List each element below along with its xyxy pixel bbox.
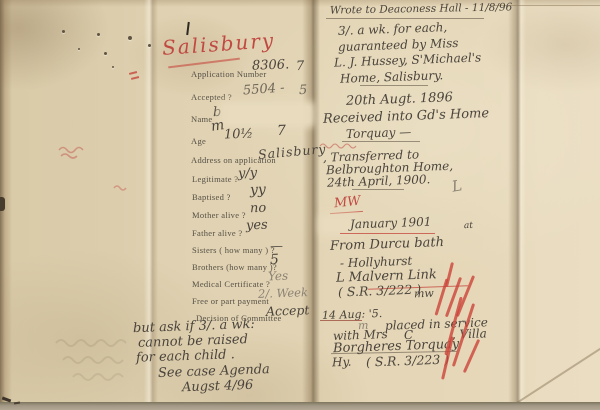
ghost-writing (55, 338, 130, 348)
edge-ink-blot (0, 197, 5, 211)
red-scribble (113, 183, 131, 193)
pinhole (78, 48, 80, 50)
red-initials: MW (333, 195, 361, 211)
field-value2-application-number: 7 (296, 60, 305, 73)
field-value-brothers: 5 (270, 253, 279, 267)
note-sr-223: ( S.R. 3/223 ) (366, 354, 450, 369)
underline-1905 (320, 320, 362, 321)
document-photo: Salisbury Application Number 8306. 7 Acc… (0, 0, 600, 410)
pinhole (112, 66, 114, 68)
underline-salisbury (360, 85, 428, 86)
field-label-baptised: Baptised ? (192, 192, 231, 202)
note-hollyhurst: - Hollyhurst (340, 255, 413, 270)
field-value-application-number: 8306. (252, 58, 290, 72)
note-date-1901: January 1901 (350, 216, 432, 231)
note-at-superscript: at (464, 222, 473, 231)
field-label-sisters: Sisters ( how many ) ? (192, 245, 275, 255)
note-sr-222: ( S.R. 3/222 ) (338, 284, 422, 299)
note-date-1900: 24th April, 1900. (327, 173, 431, 189)
field-value-decision: Accept (266, 304, 310, 318)
decision-line-5: Augst 4/96 (182, 379, 254, 394)
ghost-writing (72, 372, 128, 382)
ghost-writing (62, 355, 128, 365)
field-value-baptised: yy (250, 183, 266, 198)
pinhole (148, 44, 151, 47)
note-home-salisbury: Home, Salisbury. (340, 69, 444, 85)
note-torquay: Torquay — (346, 126, 412, 140)
note-date-1896: 20th Augt. 1896 (346, 91, 453, 108)
field-label-brothers: Brothers (how many )? (192, 262, 277, 272)
field-value-medical-certificate: Yes (268, 270, 289, 283)
note-rate: 3/. a wk. for each, (338, 21, 448, 37)
pinhole (62, 30, 65, 33)
red-scribble (58, 145, 90, 159)
field-value-father-alive: yes (246, 219, 268, 233)
decision-line-3: for each child . (136, 348, 235, 364)
red-underline-1901 (340, 233, 435, 234)
field-value-age: 10½ (224, 127, 254, 141)
field-value2-age: 7 (277, 124, 286, 138)
note-hy: Hy. (332, 356, 352, 369)
pinhole (104, 52, 107, 55)
field-label-accepted: Accepted ? (191, 92, 232, 102)
underline-april (352, 189, 404, 190)
field-label-legitimate: Legitimate ? (192, 174, 238, 184)
name-redaction-blur (224, 106, 310, 123)
field-value-legitimate: y/y (238, 167, 258, 181)
field-value-mother-alive: no (250, 202, 267, 216)
pinhole (128, 36, 132, 40)
field-label-age: Age (191, 136, 206, 146)
field-value-accepted: 5504 - (243, 82, 285, 98)
rule-under-wrote (326, 18, 484, 19)
table-surface (0, 402, 600, 410)
pencil-initials: mw (414, 288, 434, 300)
field-value2-accepted: 5 (299, 84, 308, 97)
note-from-line: From Durcu bath (330, 236, 444, 253)
decision-line-4: See case Agenda (158, 363, 270, 380)
field-value-payment: 2/. Week (258, 287, 308, 300)
field-label-father-alive: Father alive ? (192, 228, 242, 238)
field-label-mother-alive: Mother alive ? (192, 210, 246, 220)
pinhole (97, 33, 100, 36)
